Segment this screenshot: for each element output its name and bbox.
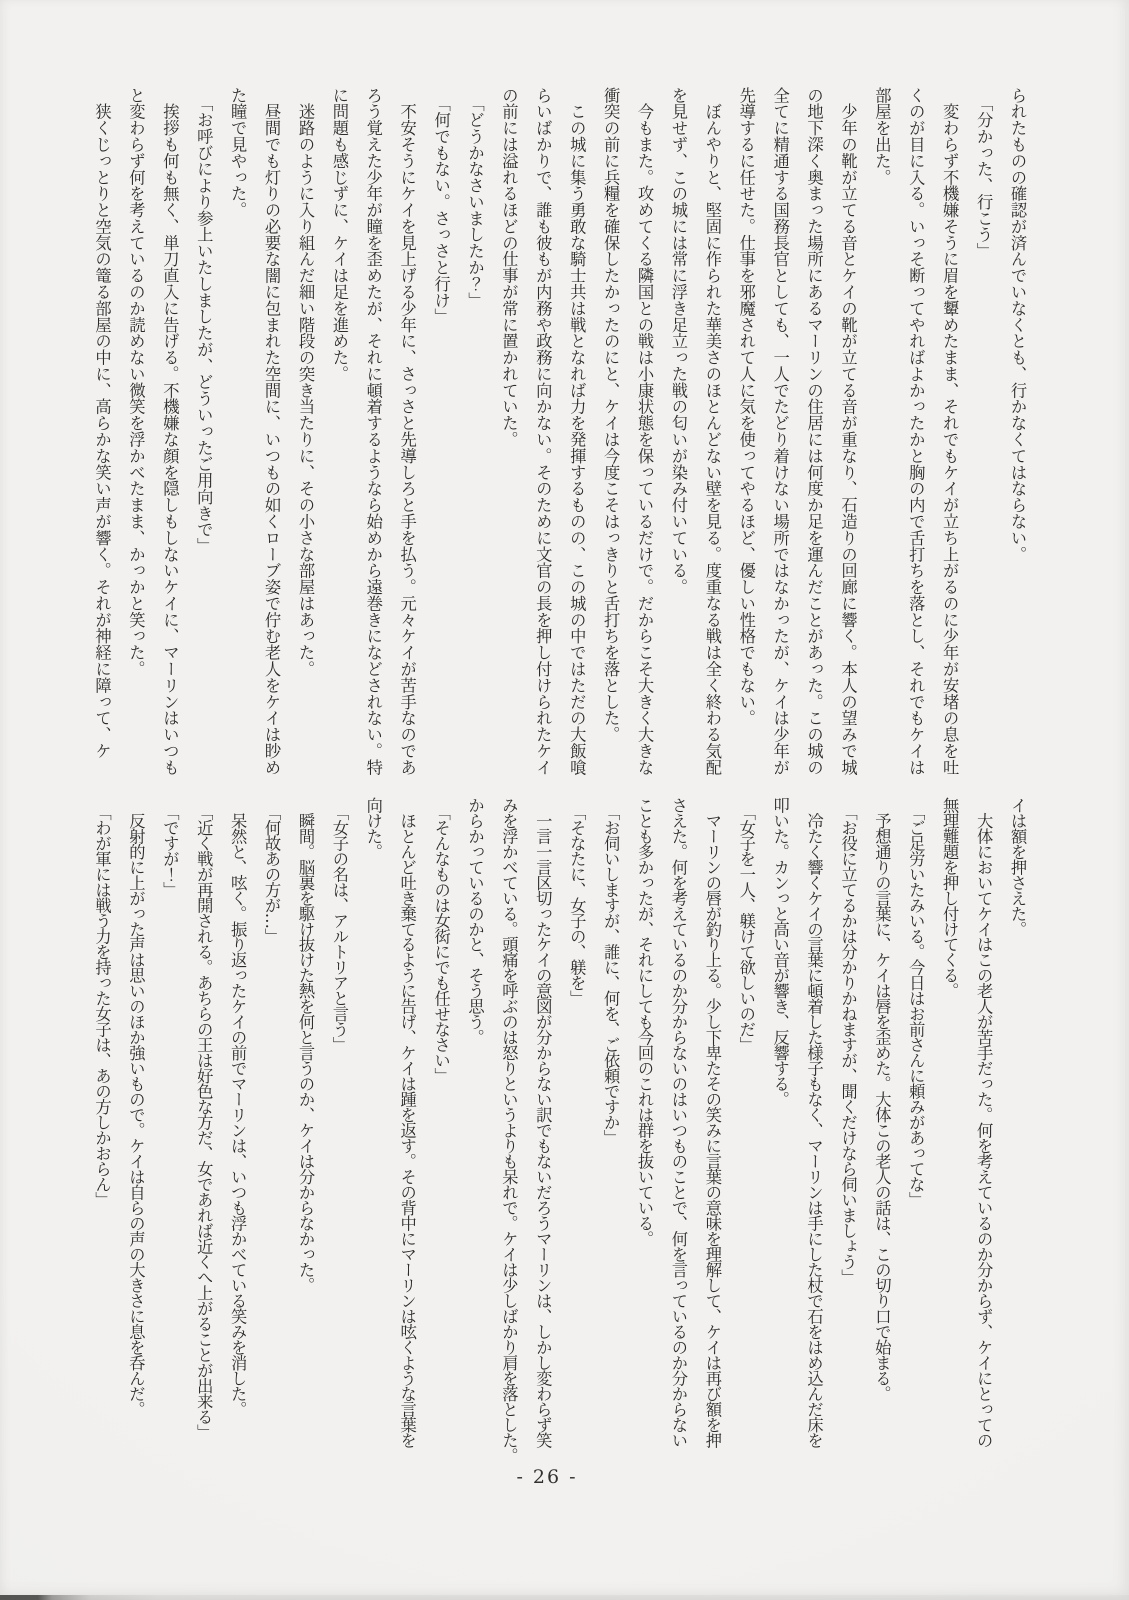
text-column: 不安そうにケイを見上げる少年に、さっさと先導しろと手を払う。元々ケイが苦手なので… <box>390 87 424 832</box>
text-column: 一言一言区切ったケイの意図が分からない訳でもないだろうマーリンは、しかし変わらず… <box>525 797 559 1542</box>
text-column: 今もまた。攻めてくる隣国との戦は小康状態を保っているだけで。だからこそ大きく大き… <box>627 87 661 832</box>
text-column: の地下深く奥まった場所にあるマーリンの住居には何度か足を運んだことがあった。この… <box>797 87 831 832</box>
text-column: と変わらず何を考えているのか読めない微笑を浮かべたまま、かっかと笑った。 <box>119 87 153 832</box>
text-column: 「お伺いしますが、誰に、何を、ご依頼ですか」 <box>593 797 627 1542</box>
text-column: イは額を押さえた。 <box>1000 797 1034 1542</box>
text-column: 「分かった、行こう」 <box>966 87 1000 832</box>
text-column: 全てに精通する国務長官としても、一人でたどり着けない場所ではなかったが、ケイは少… <box>763 87 797 832</box>
text-column: この城に集う勇敢な騎士共は戦となれば力を発揮するものの、この城の中ではただの大飯… <box>559 87 593 832</box>
text-column: 瞬間。脳裏を駆け抜けた熱を何と言うのか、ケイは分からなかった。 <box>288 797 322 1542</box>
text-column: 予想通りの言葉に、ケイは唇を歪めた。大体この老人の話は、この切り口で始まる。 <box>864 797 898 1542</box>
text-column: ぼんやりと、堅固に作られた華美さのほとんどない壁を見る。度重なる戦は全く終わる気… <box>695 87 729 832</box>
text-column: ことも多かったが、それにしても今回のこれは群を抜いている。 <box>627 797 661 1542</box>
text-column: 反射的に上がった声は思いのほか強いもので。ケイは自らの声の大きさに息を呑んだ。 <box>119 797 153 1542</box>
text-column: マーリンの唇が釣り上る。少し下卑たその笑みに言葉の意味を理解して、ケイは再び額を… <box>695 797 729 1542</box>
text-column: 挨拶も何も無く、単刀直入に告げる。不機嫌な顔を隠しもしないケイに、マーリンはいつ… <box>152 87 186 832</box>
text-column: くのが目に入る。いっそ断ってやればよかったかと胸の内で舌打ちを落とし、それでもケ… <box>898 87 932 832</box>
text-column: 迷路のように入り組んだ細い階段の突き当たりに、その小さな部屋はあった。 <box>288 87 322 832</box>
text-column: みを浮かべている。頭痛を呼ぶのは怒りというよりも呆れで。ケイは少しばかり肩を落と… <box>492 797 526 1542</box>
text-column: らいばかりで、誰も彼もが内務や政務に向かない。そのために文官の長を押し付けられた… <box>525 87 559 832</box>
text-column: 「近く戦が再開される。あちらの王は好色な方だ、女であれば近くへ上がることが出来る… <box>186 797 220 1542</box>
text-column: 叩いた。カンっと高い音が響き、反響する。 <box>763 797 797 1542</box>
page-number: - 26 - <box>516 1466 577 1488</box>
text-column: 昼間でも灯りの必要な闇に包まれた空間に、いつもの如くローブ姿で佇む老人をケイは眇… <box>254 87 288 832</box>
text-column: 無理難題を押し付けてくる。 <box>932 797 966 1542</box>
text-column: 向けた。 <box>356 797 390 1542</box>
text-column: ほとんど吐き棄てるように告げ、ケイは踵を返す。その背中にマーリンは呟くような言葉… <box>390 797 424 1542</box>
text-column: を見せず、この城には常に浮き足立った戦の匂いが染み付いている。 <box>661 87 695 832</box>
text-column: に問題も感じずに、ケイは足を進めた。 <box>322 87 356 832</box>
text-column: 「女子を一人、躾けて欲しいのだ」 <box>729 797 763 1542</box>
text-column: 衝突の前に兵糧を確保したかったのにと、ケイは今度こそはっきりと舌打ちを落とした。 <box>593 87 627 832</box>
text-column: 「お役に立てるかは分かりかねますが、聞くだけなら伺いましょう」 <box>831 797 865 1542</box>
text-column: 狭くじっとりと空気の篭る部屋の中に、高らかな笑い声が響く。それが神経に障って、ケ <box>85 87 119 832</box>
story-text-bottom-block: イは額を押さえた。 大体においてケイはこの老人が苦手だった。何を考えているのか分… <box>85 797 1034 1542</box>
text-column: からかっているのかと、そう思う。 <box>458 797 492 1542</box>
text-column: 大体においてケイはこの老人が苦手だった。何を考えているのか分からず、ケイにとって… <box>966 797 1000 1542</box>
text-column: さえた。何を考えているのか分からないのはいつものことで、何を言っているのか分から… <box>661 797 695 1542</box>
text-column: 「お呼びにより参上いたしましたが、どういったご用向きで」 <box>186 87 220 832</box>
text-column: られたものの確認が済んでいなくとも、行かなくてはならない。 <box>1000 87 1034 832</box>
text-column: 部屋を出た。 <box>864 87 898 832</box>
text-column: 「わが軍には戦う力を持った女子は、あの方しかおらん」 <box>85 797 119 1542</box>
text-column: 冷たく響くケイの言葉に頓着した様子もなく、マーリンは手にした杖で石をはめ込んだ床… <box>797 797 831 1542</box>
text-column: ろう覚えた少年が瞳を歪めたが、それに頓着するようなら始めから遠巻きになどされない… <box>356 87 390 832</box>
text-column: 「どうかなさいましたか？」 <box>458 87 492 832</box>
text-column: 呆然と、呟く。振り返ったケイの前でマーリンは、いつも浮かべている笑みを消した。 <box>220 797 254 1542</box>
scan-bottom-edge-shadow <box>0 1595 1129 1600</box>
text-column: 「何でもない。さっさと行け」 <box>424 87 458 832</box>
text-column: た瞳で見やった。 <box>220 87 254 832</box>
text-column: 先導するに任せた。仕事を邪魔されて人に気を使ってやるほど、優しい性格でもない。 <box>729 87 763 832</box>
text-column: 「女子の名は、アルトリアと言う」 <box>322 797 356 1542</box>
text-column: の前には溢れるほどの仕事が常に置かれていた。 <box>492 87 526 832</box>
scanned-novel-page: られたものの確認が済んでいなくとも、行かなくてはならない。 「分かった、行こう」… <box>0 0 1129 1600</box>
text-column: 変わらず不機嫌そうに眉を顰めたまま、それでもケイが立ち上がるのに少年が安堵の息を… <box>932 87 966 832</box>
text-column: 「そなたに、女子の、躾を」 <box>559 797 593 1542</box>
text-column: 「ですが！」 <box>152 797 186 1542</box>
text-column: 「何故あの方が…」 <box>254 797 288 1542</box>
story-text-top-block: られたものの確認が済んでいなくとも、行かなくてはならない。 「分かった、行こう」… <box>85 87 1034 832</box>
text-column: 少年の靴が立てる音とケイの靴が立てる音が重なり、石造りの回廊に響く。本人の望みで… <box>831 87 865 832</box>
text-column: 「ご足労いたみいる。今日はお前さんに頼みがあってな」 <box>898 797 932 1542</box>
text-column: 「そんなものは女衒にでも任せなさい」 <box>424 797 458 1542</box>
